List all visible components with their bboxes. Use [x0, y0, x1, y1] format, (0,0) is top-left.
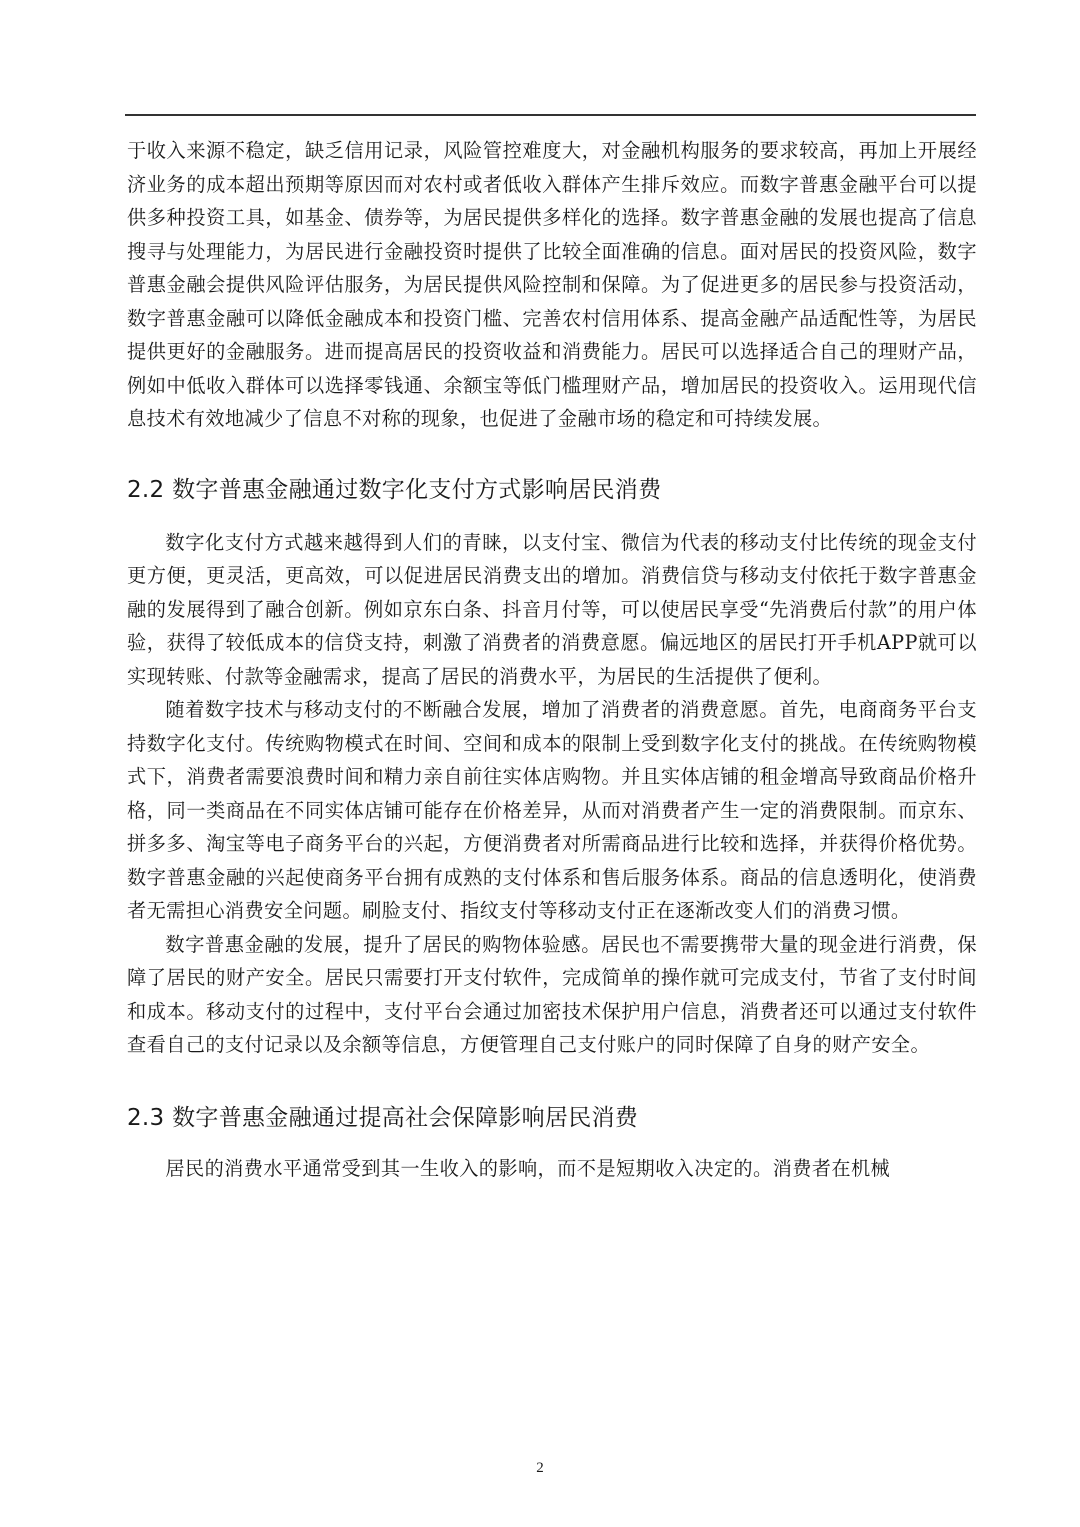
paragraph: 数字普惠金融的发展，提升了居民的购物体验感。居民也不需要携带大量的现金进行消费，…: [127, 928, 977, 1062]
section-heading-2-2: 2.2 数字普惠金融通过数字化支付方式影响居民消费: [127, 470, 977, 510]
paragraph: 随着数字技术与移动支付的不断融合发展，增加了消费者的消费意愿。首先，电商商务平台…: [127, 693, 977, 928]
paragraph: 居民的消费水平通常受到其一生收入的影响，而不是短期收入决定的。消费者在机械: [127, 1152, 977, 1186]
header-rule: [125, 114, 976, 116]
section-heading-2-3: 2.3 数字普惠金融通过提高社会保障影响居民消费: [127, 1098, 977, 1138]
paragraph-continued: 于收入来源不稳定，缺乏信用记录，风险管控难度大，对金融机构服务的要求较高，再加上…: [127, 134, 977, 436]
page-body: 于收入来源不稳定，缺乏信用记录，风险管控难度大，对金融机构服务的要求较高，再加上…: [127, 134, 977, 1185]
paragraph: 数字化支付方式越来越得到人们的青睐，以支付宝、微信为代表的移动支付比传统的现金支…: [127, 526, 977, 694]
page-number: 2: [0, 1460, 1080, 1477]
